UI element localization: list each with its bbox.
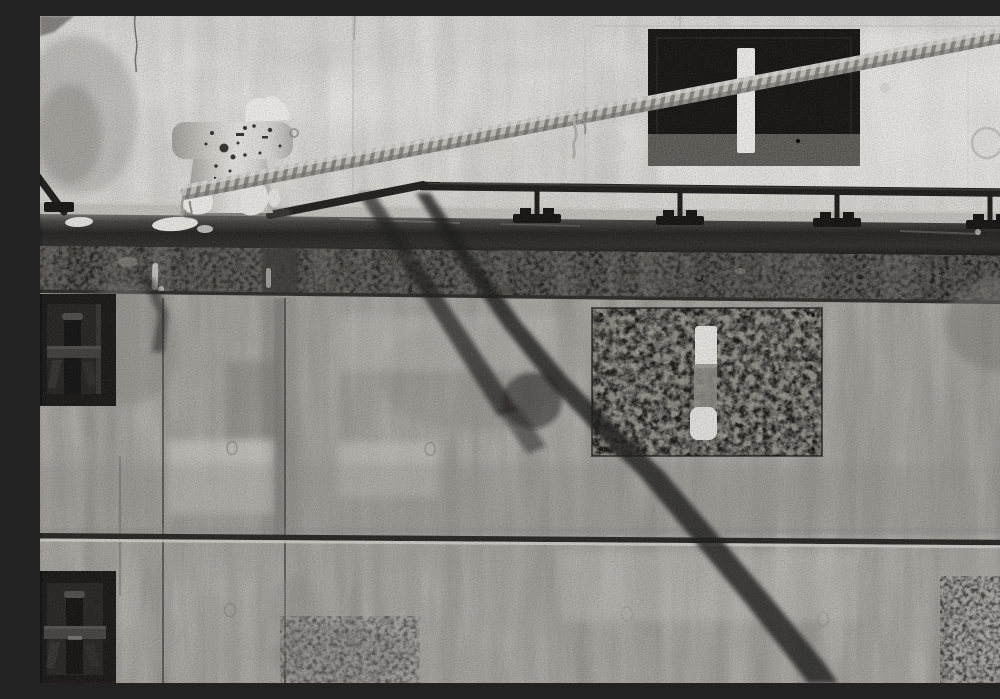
photo-canvas: [40, 16, 1000, 683]
photograph: [40, 16, 1000, 683]
grain-overlay-light: [42, 17, 1000, 683]
